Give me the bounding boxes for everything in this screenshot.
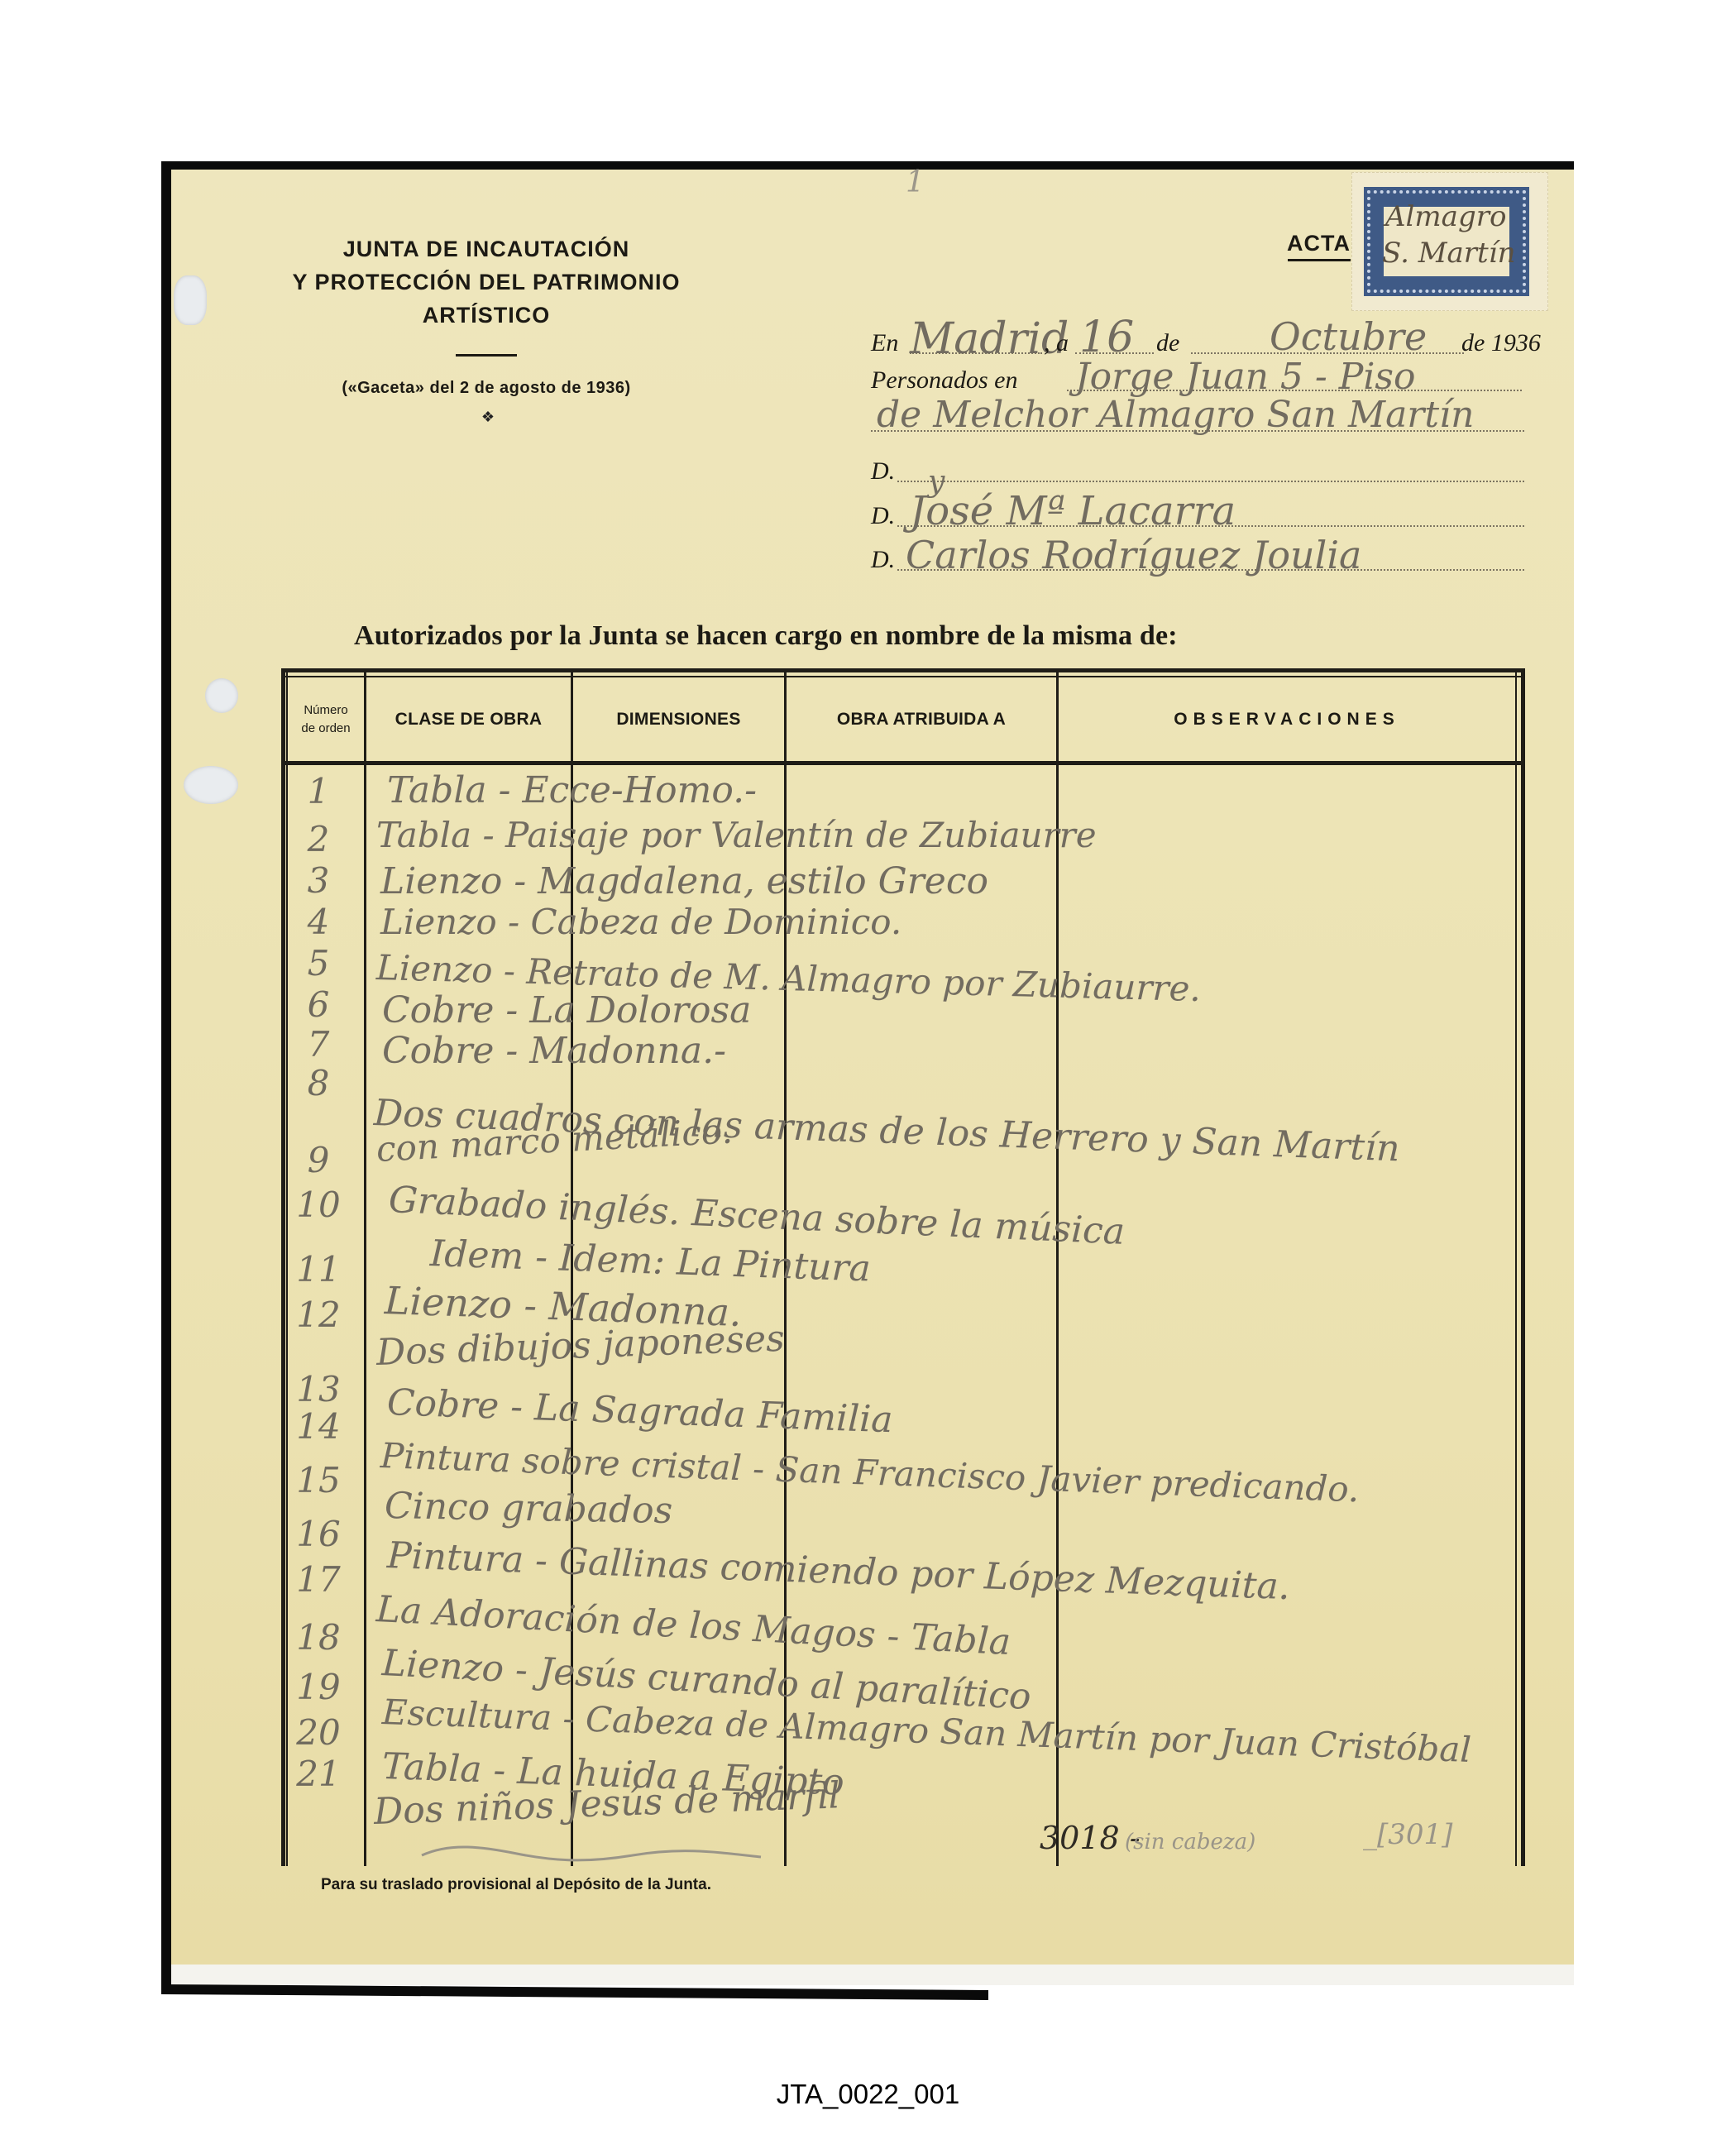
row-number: 1 [294,771,343,811]
letterhead-line-2: Y PROTECCIÓN DEL PATRIMONIO [273,270,700,295]
header-obra-atribuida: OBRA ATRIBUIDA A [787,677,1056,761]
stamp-frame: Almagro S. Martín [1364,187,1529,296]
en-label: En [871,329,898,357]
row-number: 6 [294,984,343,1025]
d3-value: Carlos Rodríguez Joulia [906,533,1361,577]
entry-text: Tabla - Ecce-Homo.- [387,769,757,811]
de-label: de [1156,329,1179,357]
row-number: 19 [294,1667,343,1707]
entry-text: Lienzo - Magdalena, estilo Greco [380,860,988,902]
table-right-border [1521,668,1525,1866]
entry-text: Cobre - Madonna.- [382,1030,726,1072]
row-number: 8 [294,1063,343,1103]
stamp-text-line1: Almagro [1385,200,1506,233]
entry-text: Lienzo - Cabeza de Dominico. [380,902,901,942]
pencil-underline [418,1840,765,1865]
page-mark: 1 [906,165,925,199]
year-label: de 1936 [1461,329,1541,357]
row-number: 9 [294,1140,343,1180]
table-right-border-inner [1515,668,1517,1866]
row-number: 21 [294,1754,343,1794]
punch-hole [174,275,207,325]
d-label-3: D. [871,546,895,574]
header-numero-line1: Número [301,701,350,720]
letterhead-line-1: JUNTA DE INCAUTACIÓN [273,237,700,262]
row-number: 14 [294,1406,343,1447]
entry-text: Tabla - Paisaje por Valentín de Zubiaurr… [376,815,1097,855]
personados-value-2: de Melchor Almagro San Martín [877,394,1474,436]
d-label-1: D. [871,457,895,486]
month-value: Octubre [1270,314,1427,359]
d2-value: José Mª Lacarra [910,488,1236,534]
row-number: 11 [294,1249,343,1290]
personados-label: Personados en [871,366,1017,395]
footer-note: Para su traslado provisional al Depósito… [321,1876,711,1894]
row-number: 16 [294,1514,343,1554]
row-number: 17 [294,1559,343,1600]
letterhead-gaceta: («Gaceta» del 2 de agosto de 1936) [273,379,700,398]
letterhead-rule [456,354,517,357]
scan-border-bottom [161,1984,988,2000]
entry-text: Cobre - La Dolorosa [382,989,751,1031]
row-number: 7 [294,1024,343,1065]
row-number: 10 [294,1184,343,1225]
fiscal-stamp: Almagro S. Martín [1351,172,1548,311]
acta-label: ACTA [1287,231,1351,256]
scan-border-top [161,161,1574,170]
row-number: 3 [294,860,343,901]
header-clase-de-obra: CLASE DE OBRA [366,677,571,761]
section-heading: Autorizados por la Junta se hacen cargo … [354,620,1178,652]
row-number: 12 [294,1295,343,1335]
table-left-border-inner [286,668,288,1866]
ornament-icon: ❖ [480,409,496,425]
header-numero-line2: de orden [301,720,350,738]
document-id-label: JTA_0022_001 [0,2079,1736,2110]
row-number: 4 [294,902,343,942]
row-number: 18 [294,1617,343,1658]
table-header-bottom-border [281,761,1522,765]
row-number: 13 [294,1369,343,1409]
header-observaciones: OBSERVACIONES [1059,677,1515,761]
pencil-bracket-number: _[301] [1363,1818,1452,1851]
scan-border-bottom-white [171,1965,1574,1985]
table-top-border [281,668,1525,672]
scan-border-left [161,161,171,1994]
stamp-text-line2: S. Martín [1382,237,1515,270]
row-number: 20 [294,1712,343,1753]
day-value: 16 [1079,313,1134,362]
header-dimensiones: DIMENSIONES [573,677,784,761]
d1-dotted-line [897,481,1524,482]
punch-hole [184,766,238,804]
letterhead-line-3: ARTÍSTICO [273,303,700,328]
a-label: , a [1044,329,1069,357]
d-label-2: D. [871,502,895,530]
row-number: 15 [294,1460,343,1500]
acta-underline [1288,259,1351,261]
entry-text: Cinco grabados [385,1485,673,1532]
row-number: 2 [294,819,343,859]
row-number: 5 [294,943,343,983]
personados-value-1: Jorge Juan 5 - Piso [1075,356,1415,398]
column-divider [364,668,366,1866]
pencil-note-sin-cabeza: (sin cabeza) [1125,1830,1255,1854]
table-left-border [281,668,285,1866]
header-numero-orden: Número de orden [288,677,364,761]
punch-hole [205,678,238,713]
